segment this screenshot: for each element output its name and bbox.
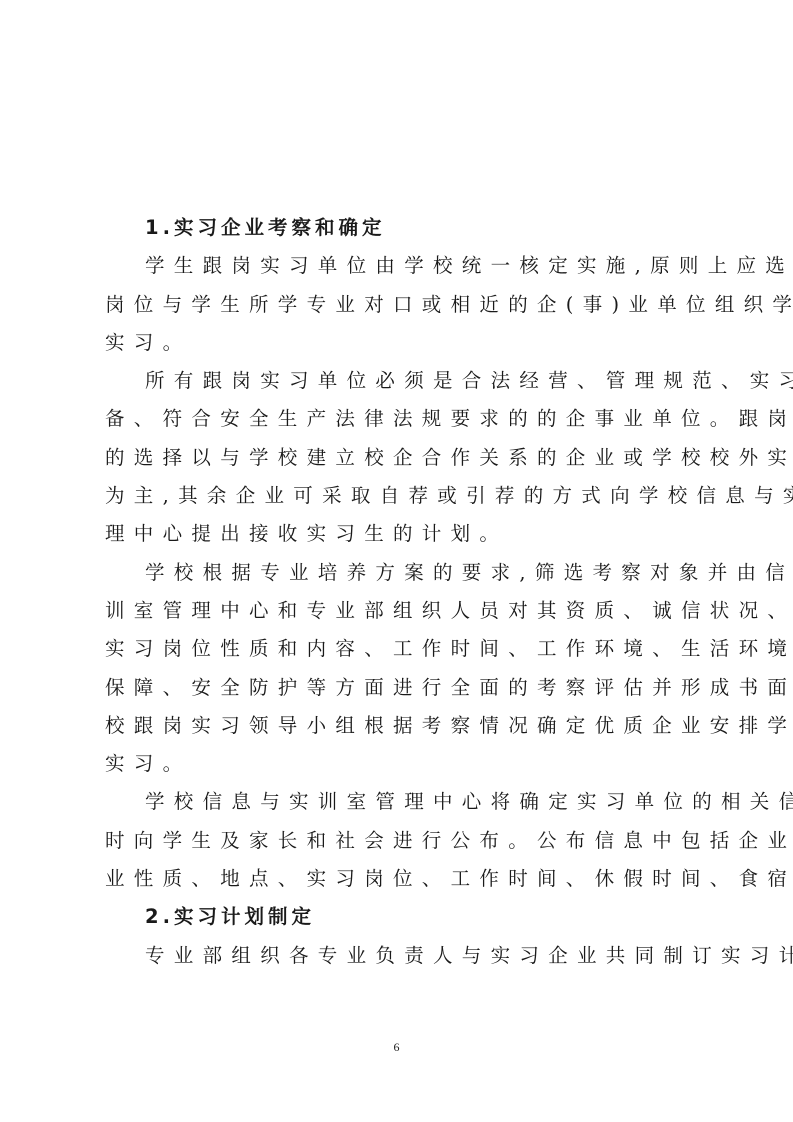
text-line: 实习。 xyxy=(105,745,689,783)
text-line: 的选择以与学校建立校企合作关系的企业或学校校外实习基地 xyxy=(105,439,689,477)
text-line: 理中心提出接收实习生的计划。 xyxy=(105,515,689,553)
text-line: 时向学生及家长和社会进行公布。公布信息中包括企业名称、企 xyxy=(105,822,689,860)
text-line: 所有跟岗实习单位必须是合法经营、管理规范、实习设备完 xyxy=(105,362,689,400)
section-heading: 2.实习计划制定 xyxy=(105,898,689,936)
paragraph: 学校根据专业培养方案的要求,筛选考察对象并由信息与实 训室管理中心和专业部组织人… xyxy=(105,554,689,784)
paragraph: 所有跟岗实习单位必须是合法经营、管理规范、实习设备完 备、符合安全生产法律法规要… xyxy=(105,362,689,553)
text-line: 专业部组织各专业负责人与实习企业共同制订实习计划。实 xyxy=(105,937,689,975)
text-line: 实习。 xyxy=(105,324,689,362)
paragraph: 学生跟岗实习单位由学校统一核定实施,原则上应选择提供 岗位与学生所学专业对口或相… xyxy=(105,247,689,362)
text-line: 业性质、地点、实习岗位、工作时间、休假时间、食宿情况等。 xyxy=(105,860,689,898)
text-line: 校跟岗实习领导小组根据考察情况确定优质企业安排学生跟岗 xyxy=(105,707,689,745)
text-line: 学校根据专业培养方案的要求,筛选考察对象并由信息与实 xyxy=(105,554,689,592)
paragraph: 专业部组织各专业负责人与实习企业共同制订实习计划。实 xyxy=(105,937,689,975)
text-line: 保障、安全防护等方面进行全面的考察评估并形成书面报告。学 xyxy=(105,669,689,707)
section-heading: 1.实习企业考察和确定 xyxy=(105,209,689,247)
page-number: 6 xyxy=(0,1040,793,1055)
text-line: 学生跟岗实习单位由学校统一核定实施,原则上应选择提供 xyxy=(105,247,689,285)
paragraph: 学校信息与实训室管理中心将确定实习单位的相关信息及 时向学生及家长和社会进行公布… xyxy=(105,783,689,898)
document-page: 1.实习企业考察和确定 学生跟岗实习单位由学校统一核定实施,原则上应选择提供 岗… xyxy=(105,209,689,975)
text-line: 为主,其余企业可采取自荐或引荐的方式向学校信息与实训室管 xyxy=(105,477,689,515)
text-line: 训室管理中心和专业部组织人员对其资质、诚信状况、管理水平、 xyxy=(105,592,689,630)
text-line: 岗位与学生所学专业对口或相近的企(事)业单位组织学生跟岗 xyxy=(105,286,689,324)
text-line: 学校信息与实训室管理中心将确定实习单位的相关信息及 xyxy=(105,783,689,821)
text-line: 实习岗位性质和内容、工作时间、工作环境、生活环境以及健康 xyxy=(105,630,689,668)
text-line: 备、符合安全生产法律法规要求的的企事业单位。跟岗实习单位 xyxy=(105,400,689,438)
